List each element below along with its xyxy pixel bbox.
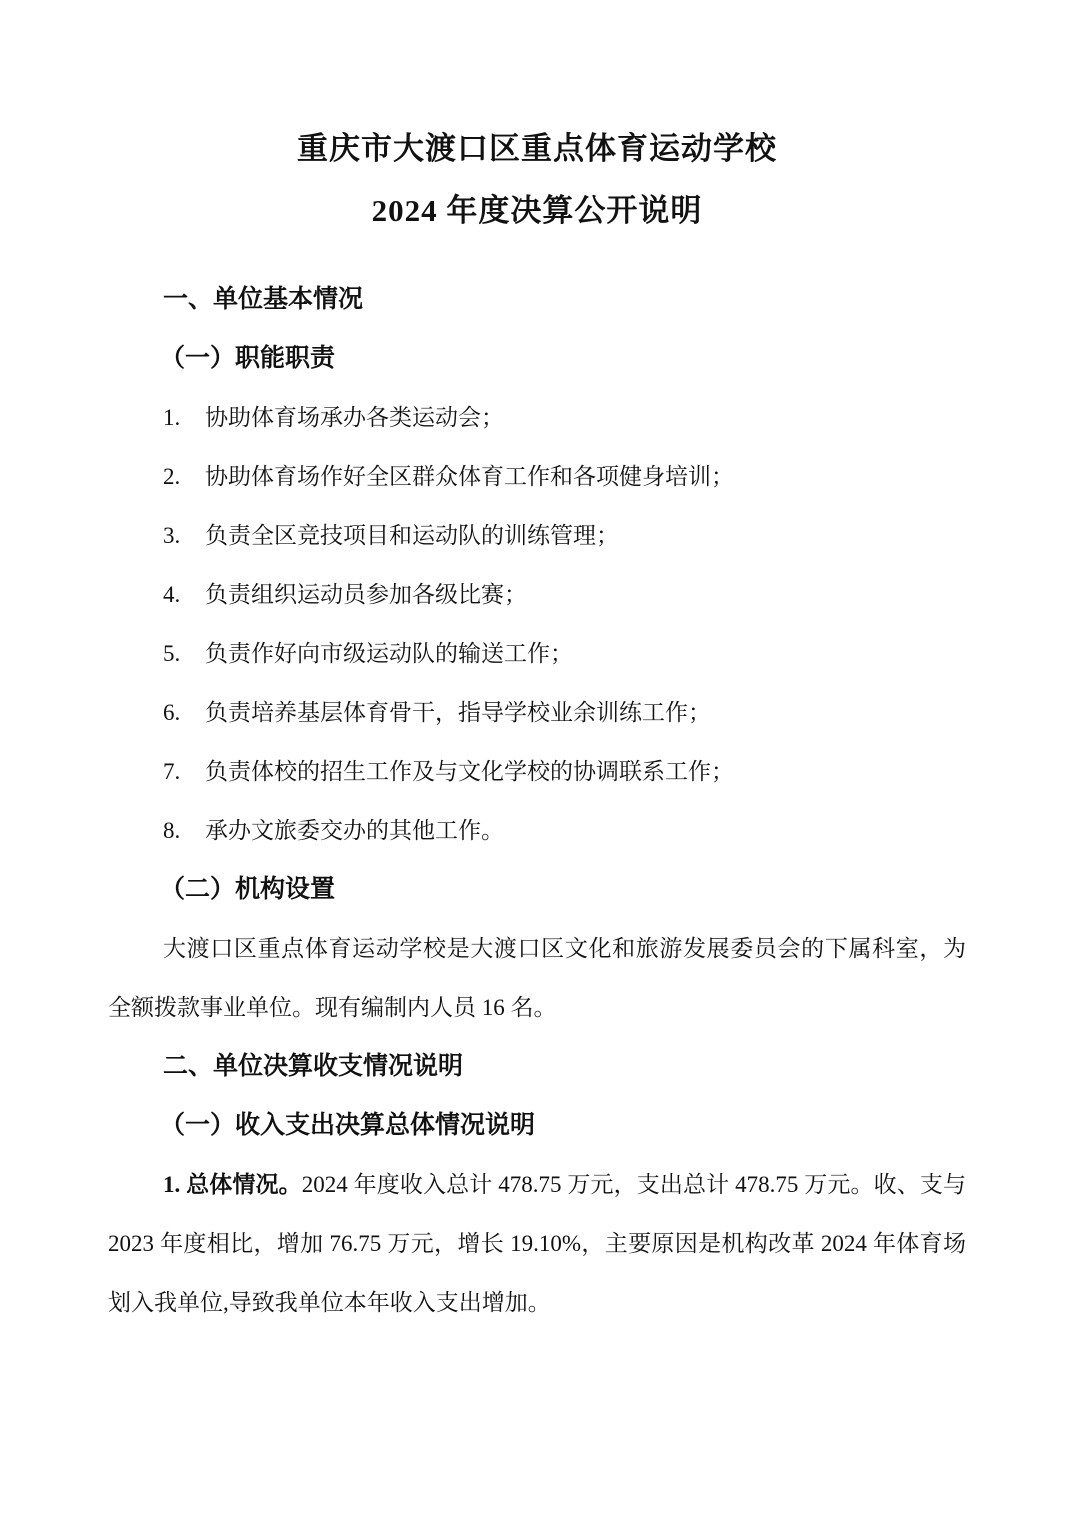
document-title: 重庆市大渡口区重点体育运动学校 2024 年度决算公开说明 <box>108 118 966 242</box>
section-2-heading: 二、单位决算收支情况说明 <box>108 1037 966 1096</box>
list-item: 7.负责体校的招生工作及与文化学校的协调联系工作； <box>108 742 966 801</box>
section-1-heading: 一、单位基本情况 <box>108 270 966 329</box>
list-item-text: 负责全区竞技项目和运动队的训练管理； <box>205 523 619 548</box>
document-content: 重庆市大渡口区重点体育运动学校 2024 年度决算公开说明 一、单位基本情况 （… <box>0 0 1074 1332</box>
list-item-number: 4. <box>163 565 187 624</box>
section-2-sub-1-heading: （一）收入支出决算总体情况说明 <box>108 1096 966 1155</box>
list-item-number: 2. <box>163 447 187 506</box>
list-item-text: 协助体育场作好全区群众体育工作和各项健身培训； <box>205 464 734 489</box>
list-item-text: 协助体育场承办各类运动会； <box>205 405 504 430</box>
list-item-number: 8. <box>163 801 187 860</box>
list-item: 3.负责全区竞技项目和运动队的训练管理； <box>108 506 966 565</box>
overall-situation-paragraph: 1. 总体情况。2024 年度收入总计 478.75 万元，支出总计 478.7… <box>108 1155 966 1332</box>
list-item-number: 5. <box>163 624 187 683</box>
list-item-text: 负责组织运动员参加各级比赛； <box>205 582 527 607</box>
list-item: 5.负责作好向市级运动队的输送工作； <box>108 624 966 683</box>
document-title-line2: 2024 年度决算公开说明 <box>108 180 966 242</box>
list-item-number: 1. <box>163 388 187 447</box>
list-item-text: 承办文旅委交办的其他工作。 <box>205 818 504 843</box>
section-1-sub-1-heading: （一）职能职责 <box>108 329 966 388</box>
section-1-sub-2-heading: （二）机构设置 <box>108 860 966 919</box>
overall-situation-lead: 1. 总体情况。 <box>163 1172 302 1197</box>
document-page: 重庆市大渡口区重点体育运动学校 2024 年度决算公开说明 一、单位基本情况 （… <box>0 0 1074 1520</box>
list-item-number: 3. <box>163 506 187 565</box>
list-item-text: 负责培养基层体育骨干，指导学校业余训练工作； <box>205 700 711 725</box>
list-item: 6.负责培养基层体育骨干，指导学校业余训练工作； <box>108 683 966 742</box>
list-item: 4.负责组织运动员参加各级比赛； <box>108 565 966 624</box>
list-item-number: 7. <box>163 742 187 801</box>
list-item-number: 6. <box>163 683 187 742</box>
duties-list: 1.协助体育场承办各类运动会； 2.协助体育场作好全区群众体育工作和各项健身培训… <box>108 388 966 860</box>
org-setup-paragraph: 大渡口区重点体育运动学校是大渡口区文化和旅游发展委员会的下属科室，为全额拨款事业… <box>108 919 966 1037</box>
list-item: 1.协助体育场承办各类运动会； <box>108 388 966 447</box>
list-item-text: 负责体校的招生工作及与文化学校的协调联系工作； <box>205 759 734 784</box>
list-item: 2.协助体育场作好全区群众体育工作和各项健身培训； <box>108 447 966 506</box>
list-item-text: 负责作好向市级运动队的输送工作； <box>205 641 573 666</box>
list-item: 8.承办文旅委交办的其他工作。 <box>108 801 966 860</box>
document-title-line1: 重庆市大渡口区重点体育运动学校 <box>108 118 966 180</box>
